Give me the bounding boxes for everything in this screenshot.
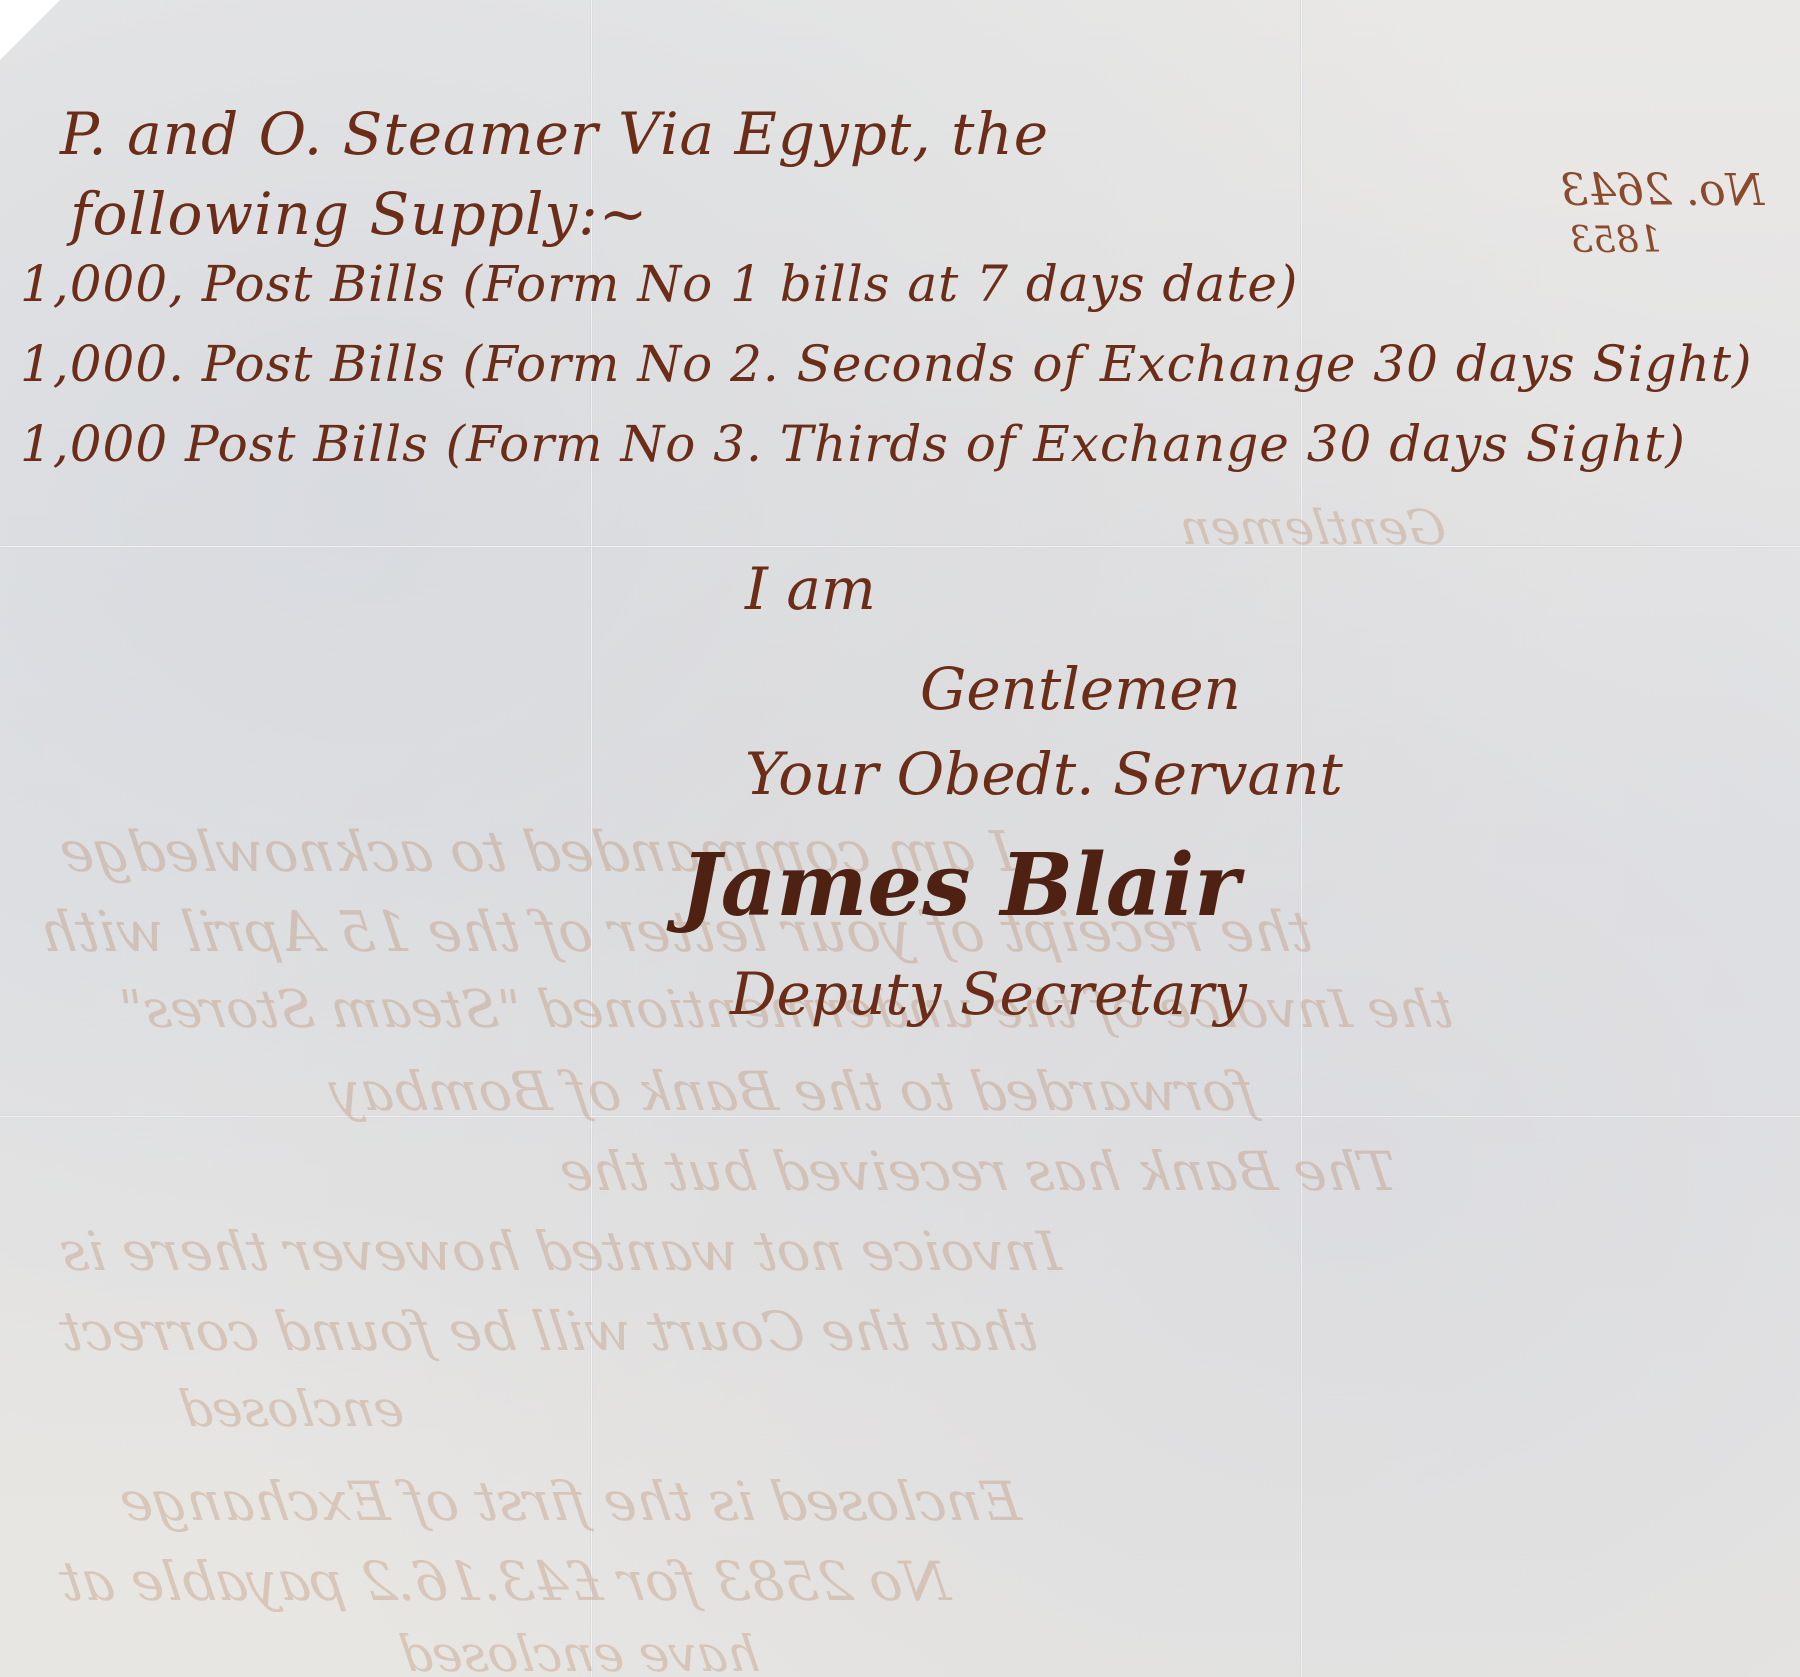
bleed-line: enclosed (176, 1380, 407, 1438)
bleed-line: that the Court will be found correct (56, 1300, 1042, 1363)
bleed-line: Gentlemen (1176, 500, 1449, 556)
bleed-line: Enclosed is the first of Exchange (116, 1470, 1025, 1533)
closing-i-am: I am (745, 555, 876, 623)
letter-page: Gentlemen I am commanded to acknowledge … (0, 0, 1800, 1677)
body-line: 1,000 Post Bills (Form No 3. Thirds of E… (20, 415, 1686, 473)
signature: James Blair (680, 835, 1240, 936)
docket-number: No. 2643 (1560, 165, 1764, 216)
bleed-line: No 2583 for £43.16.2 payable at (56, 1550, 954, 1613)
fold-crease-vertical-2 (1300, 0, 1303, 1677)
torn-corner (0, 0, 60, 60)
bleed-line: have enclosed (396, 1625, 763, 1677)
closing-salutation: Gentlemen (920, 655, 1241, 723)
bleed-line: forwarded to the Bank of Bombay (326, 1060, 1260, 1123)
body-line: following Supply:~ (70, 180, 648, 248)
docket-year: 1853 (1570, 220, 1662, 261)
body-line: P. and O. Steamer Via Egypt, the (60, 100, 1049, 168)
body-line: 1,000, Post Bills (Form No 1 bills at 7 … (20, 255, 1298, 313)
signatory-title: Deputy Secretary (730, 960, 1247, 1028)
bleed-line: Invoice not wanted however there is (56, 1220, 1065, 1283)
body-line: 1,000. Post Bills (Form No 2. Seconds of… (20, 335, 1752, 393)
bleed-line: The Bank has received but the (556, 1140, 1401, 1203)
closing-servant: Your Obedt. Servant (745, 740, 1343, 808)
fold-crease-horizontal-1 (0, 545, 1800, 548)
